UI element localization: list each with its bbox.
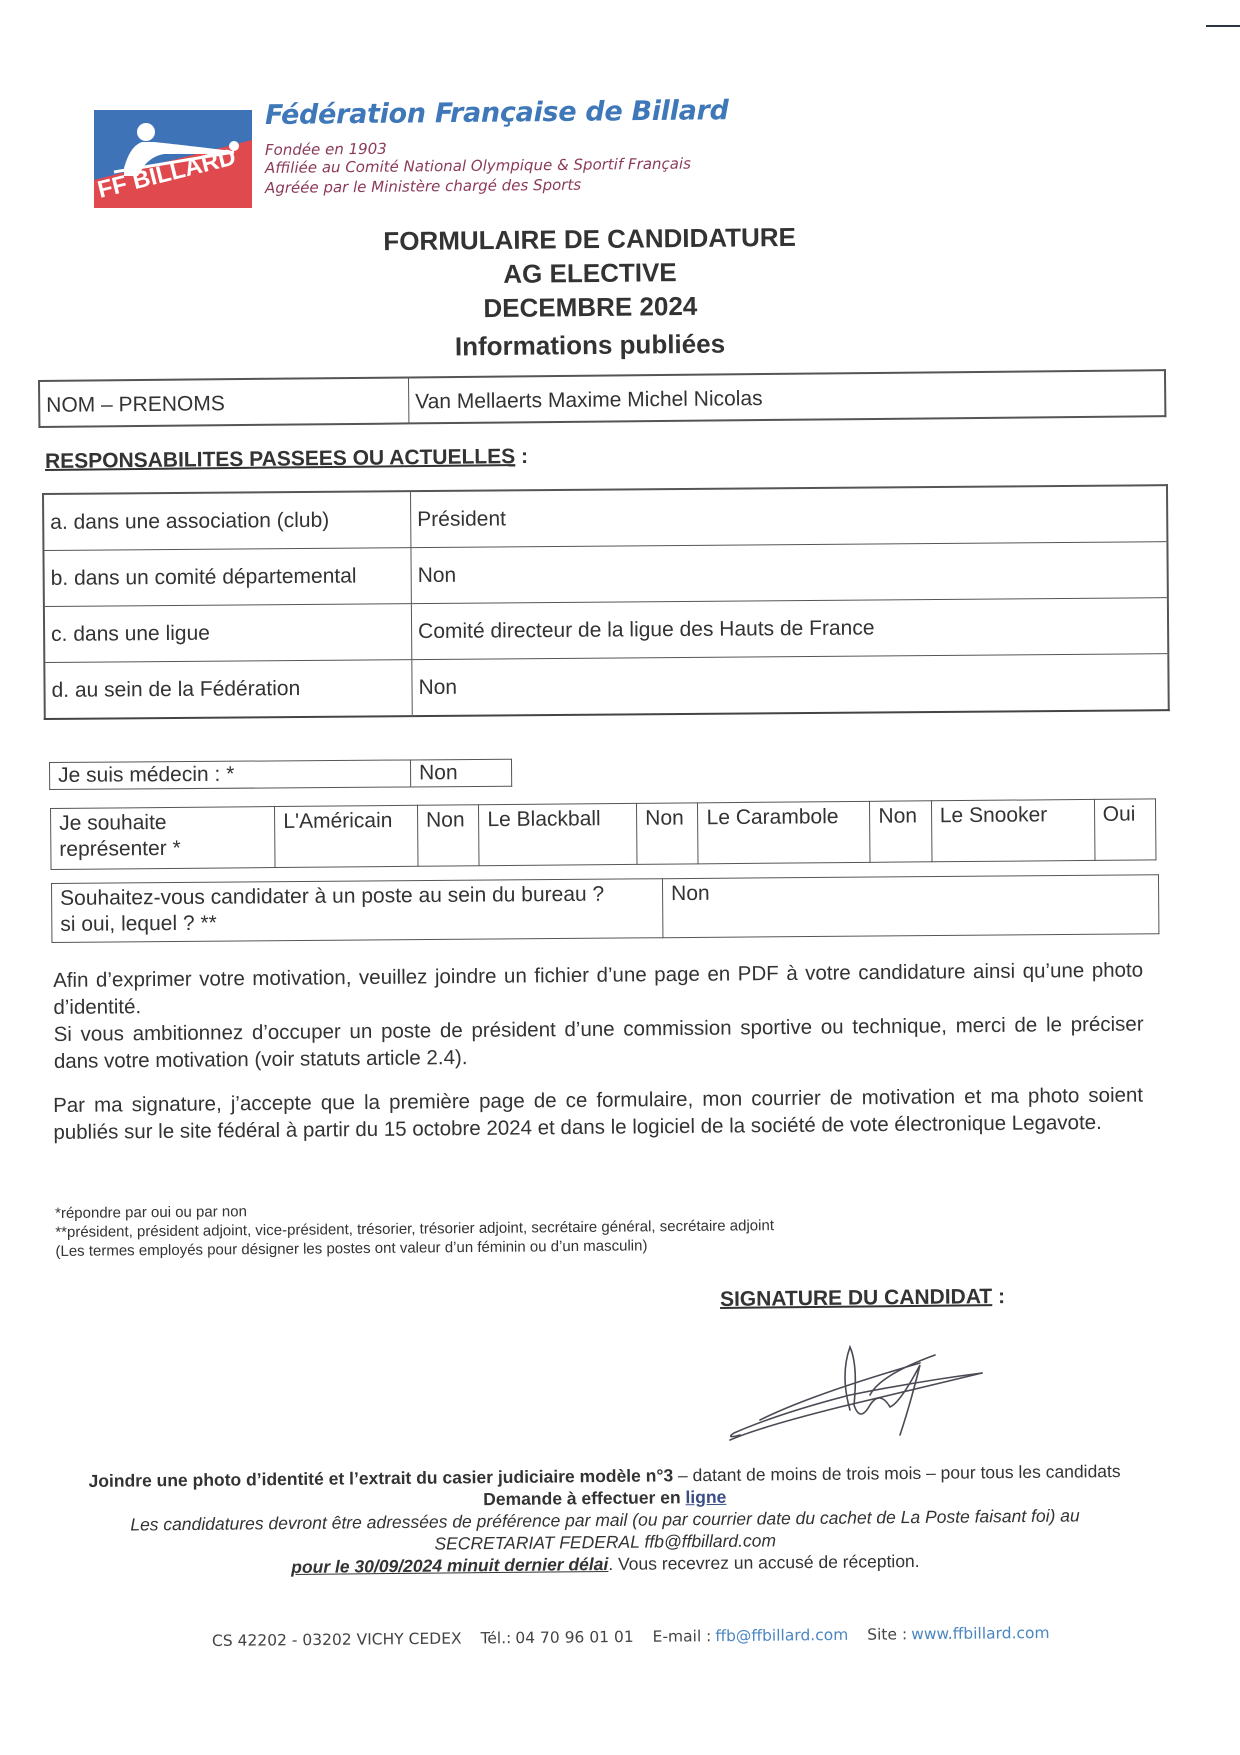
responsibility-value: Comité directeur de la ligue des Hauts d…	[411, 598, 1168, 660]
representation-label: Je souhaite représenter *	[51, 807, 276, 870]
contact-footer: CS 42202 - 03202 VICHY CEDEX Tél.:04 70 …	[212, 1624, 1064, 1650]
doctor-row: Je suis médecin : * Non	[50, 759, 512, 789]
deadline-text: pour le 30/09/2024 minuit dernier délai	[291, 1554, 608, 1577]
representation-label-line-2: représenter *	[59, 835, 266, 863]
responsibilities-table: a. dans une association (club) Président…	[42, 484, 1170, 720]
form-title: FORMULAIRE DE CANDIDATURE AG ELECTIVE DE…	[299, 219, 880, 327]
email-link[interactable]: ffb@ffbillard.com	[715, 1626, 848, 1645]
representation-label-line-1: Je souhaite	[59, 809, 266, 837]
table-row: a. dans une association (club) Président	[43, 485, 1167, 550]
bureau-question-line-2: si oui, lequel ? **	[60, 907, 654, 938]
bureau-row: Souhaitez-vous candidater à un poste au …	[52, 875, 1159, 943]
email-label: E-mail :	[653, 1627, 712, 1646]
responsibility-value: Président	[410, 485, 1167, 547]
footnotes: *répondre par oui ou par non **président…	[55, 1197, 774, 1261]
signature-heading: SIGNATURE DU CANDIDAT :	[720, 1285, 1005, 1312]
title-line-3: DECEMBRE 2024	[300, 287, 880, 327]
bureau-question: Souhaitez-vous candidater à un poste au …	[52, 879, 663, 943]
form-subtitle: Informations publiées	[300, 327, 880, 364]
heading-colon: :	[515, 445, 528, 468]
organization-affiliation: Affiliée au Comité National Olympique & …	[265, 155, 691, 177]
consent-paragraph: Par ma signature, j’accepte que la premi…	[53, 1082, 1143, 1146]
ffbillard-logo: FF BILLARD	[94, 110, 252, 208]
identity-table: NOM – PRENOMS Van Mellaerts Maxime Miche…	[38, 369, 1166, 428]
responsibilities-heading: RESPONSABILITES PASSEES OU ACTUELLES :	[45, 445, 528, 474]
email: E-mail :ffb@ffbillard.com	[653, 1626, 849, 1646]
identity-label: NOM – PRENOMS	[39, 377, 409, 427]
discipline-snooker: Le Snooker	[931, 799, 1094, 861]
table-row: d. au sein de la Fédération Non	[44, 654, 1168, 719]
handwritten-signature	[720, 1335, 990, 1460]
postal-address: CS 42202 - 03202 VICHY CEDEX	[212, 1630, 462, 1650]
responsibility-label: a. dans une association (club)	[43, 491, 411, 550]
discipline-americain: L'Américain	[275, 805, 418, 867]
doctor-label: Je suis médecin : *	[50, 760, 411, 790]
motivation-paragraph: Afin d’exprimer votre motivation, veuill…	[53, 957, 1144, 1075]
answer-americain: Non	[417, 805, 479, 867]
site-label: Site :	[867, 1625, 907, 1643]
instruction-line-5-rest: . Vous recevrez un accusé de réception.	[608, 1551, 919, 1574]
identity-value: Van Mellaerts Maxime Michel Nicolas	[408, 370, 1165, 423]
table-row: b. dans un comité départemental Non	[43, 542, 1167, 607]
doctor-table: Je suis médecin : * Non	[49, 759, 512, 790]
table-row: c. dans une ligue Comité directeur de la…	[44, 598, 1168, 663]
motivation-text-2: Si vous ambitionnez d’occuper un poste d…	[54, 1011, 1144, 1075]
website: Site :www.ffbillard.com	[867, 1624, 1050, 1644]
title-line-1: FORMULAIRE DE CANDIDATURE	[299, 219, 879, 259]
organization-name: Fédération Française de Billard	[265, 95, 729, 131]
phone-label: Tél.:	[480, 1629, 511, 1647]
responsibilities-heading-text: RESPONSABILITES PASSEES OU ACTUELLES	[45, 445, 515, 473]
discipline-blackball: Le Blackball	[479, 803, 637, 865]
submission-instructions: Joindre une photo d’identité et l’extrai…	[59, 1460, 1150, 1580]
responsibility-label: b. dans un comité départemental	[43, 548, 411, 607]
representation-row: Je souhaite représenter * L'Américain No…	[51, 799, 1156, 870]
online-request-link[interactable]: ligne	[685, 1487, 726, 1507]
answer-snooker: Oui	[1094, 799, 1156, 861]
website-link[interactable]: www.ffbillard.com	[911, 1624, 1050, 1643]
discipline-carambole: Le Carambole	[698, 801, 870, 863]
representation-table: Je souhaite représenter * L'Américain No…	[50, 798, 1156, 870]
organization-approval: Agréée par le Ministère chargé des Sport…	[265, 176, 581, 197]
bureau-table: Souhaitez-vous candidater à un poste au …	[51, 874, 1159, 943]
identity-row: NOM – PRENOMS Van Mellaerts Maxime Miche…	[39, 370, 1165, 427]
doctor-value: Non	[410, 759, 511, 787]
phone-number: 04 70 96 01 01	[515, 1628, 633, 1647]
responsibility-label: c. dans une ligue	[44, 604, 412, 663]
scan-corner-mark	[1206, 25, 1240, 27]
instruction-line-2-text: Demande à effectuer en	[483, 1487, 685, 1509]
bureau-question-line-1: Souhaitez-vous candidater à un poste au …	[60, 881, 654, 912]
instruction-line-1-rest: – datant de moins de trois mois – pour t…	[673, 1461, 1121, 1485]
responsibility-value: Non	[411, 542, 1168, 604]
phone: Tél.:04 70 96 01 01	[480, 1628, 633, 1647]
organization-founded: Fondée en 1903	[265, 140, 387, 159]
responsibility-value: Non	[412, 654, 1169, 716]
bureau-value: Non	[662, 875, 1158, 938]
signature-heading-text: SIGNATURE DU CANDIDAT	[720, 1285, 992, 1311]
signature-colon: :	[992, 1285, 1005, 1308]
answer-blackball: Non	[637, 803, 699, 865]
responsibility-label: d. au sein de la Fédération	[44, 660, 412, 719]
answer-carambole: Non	[870, 801, 932, 863]
